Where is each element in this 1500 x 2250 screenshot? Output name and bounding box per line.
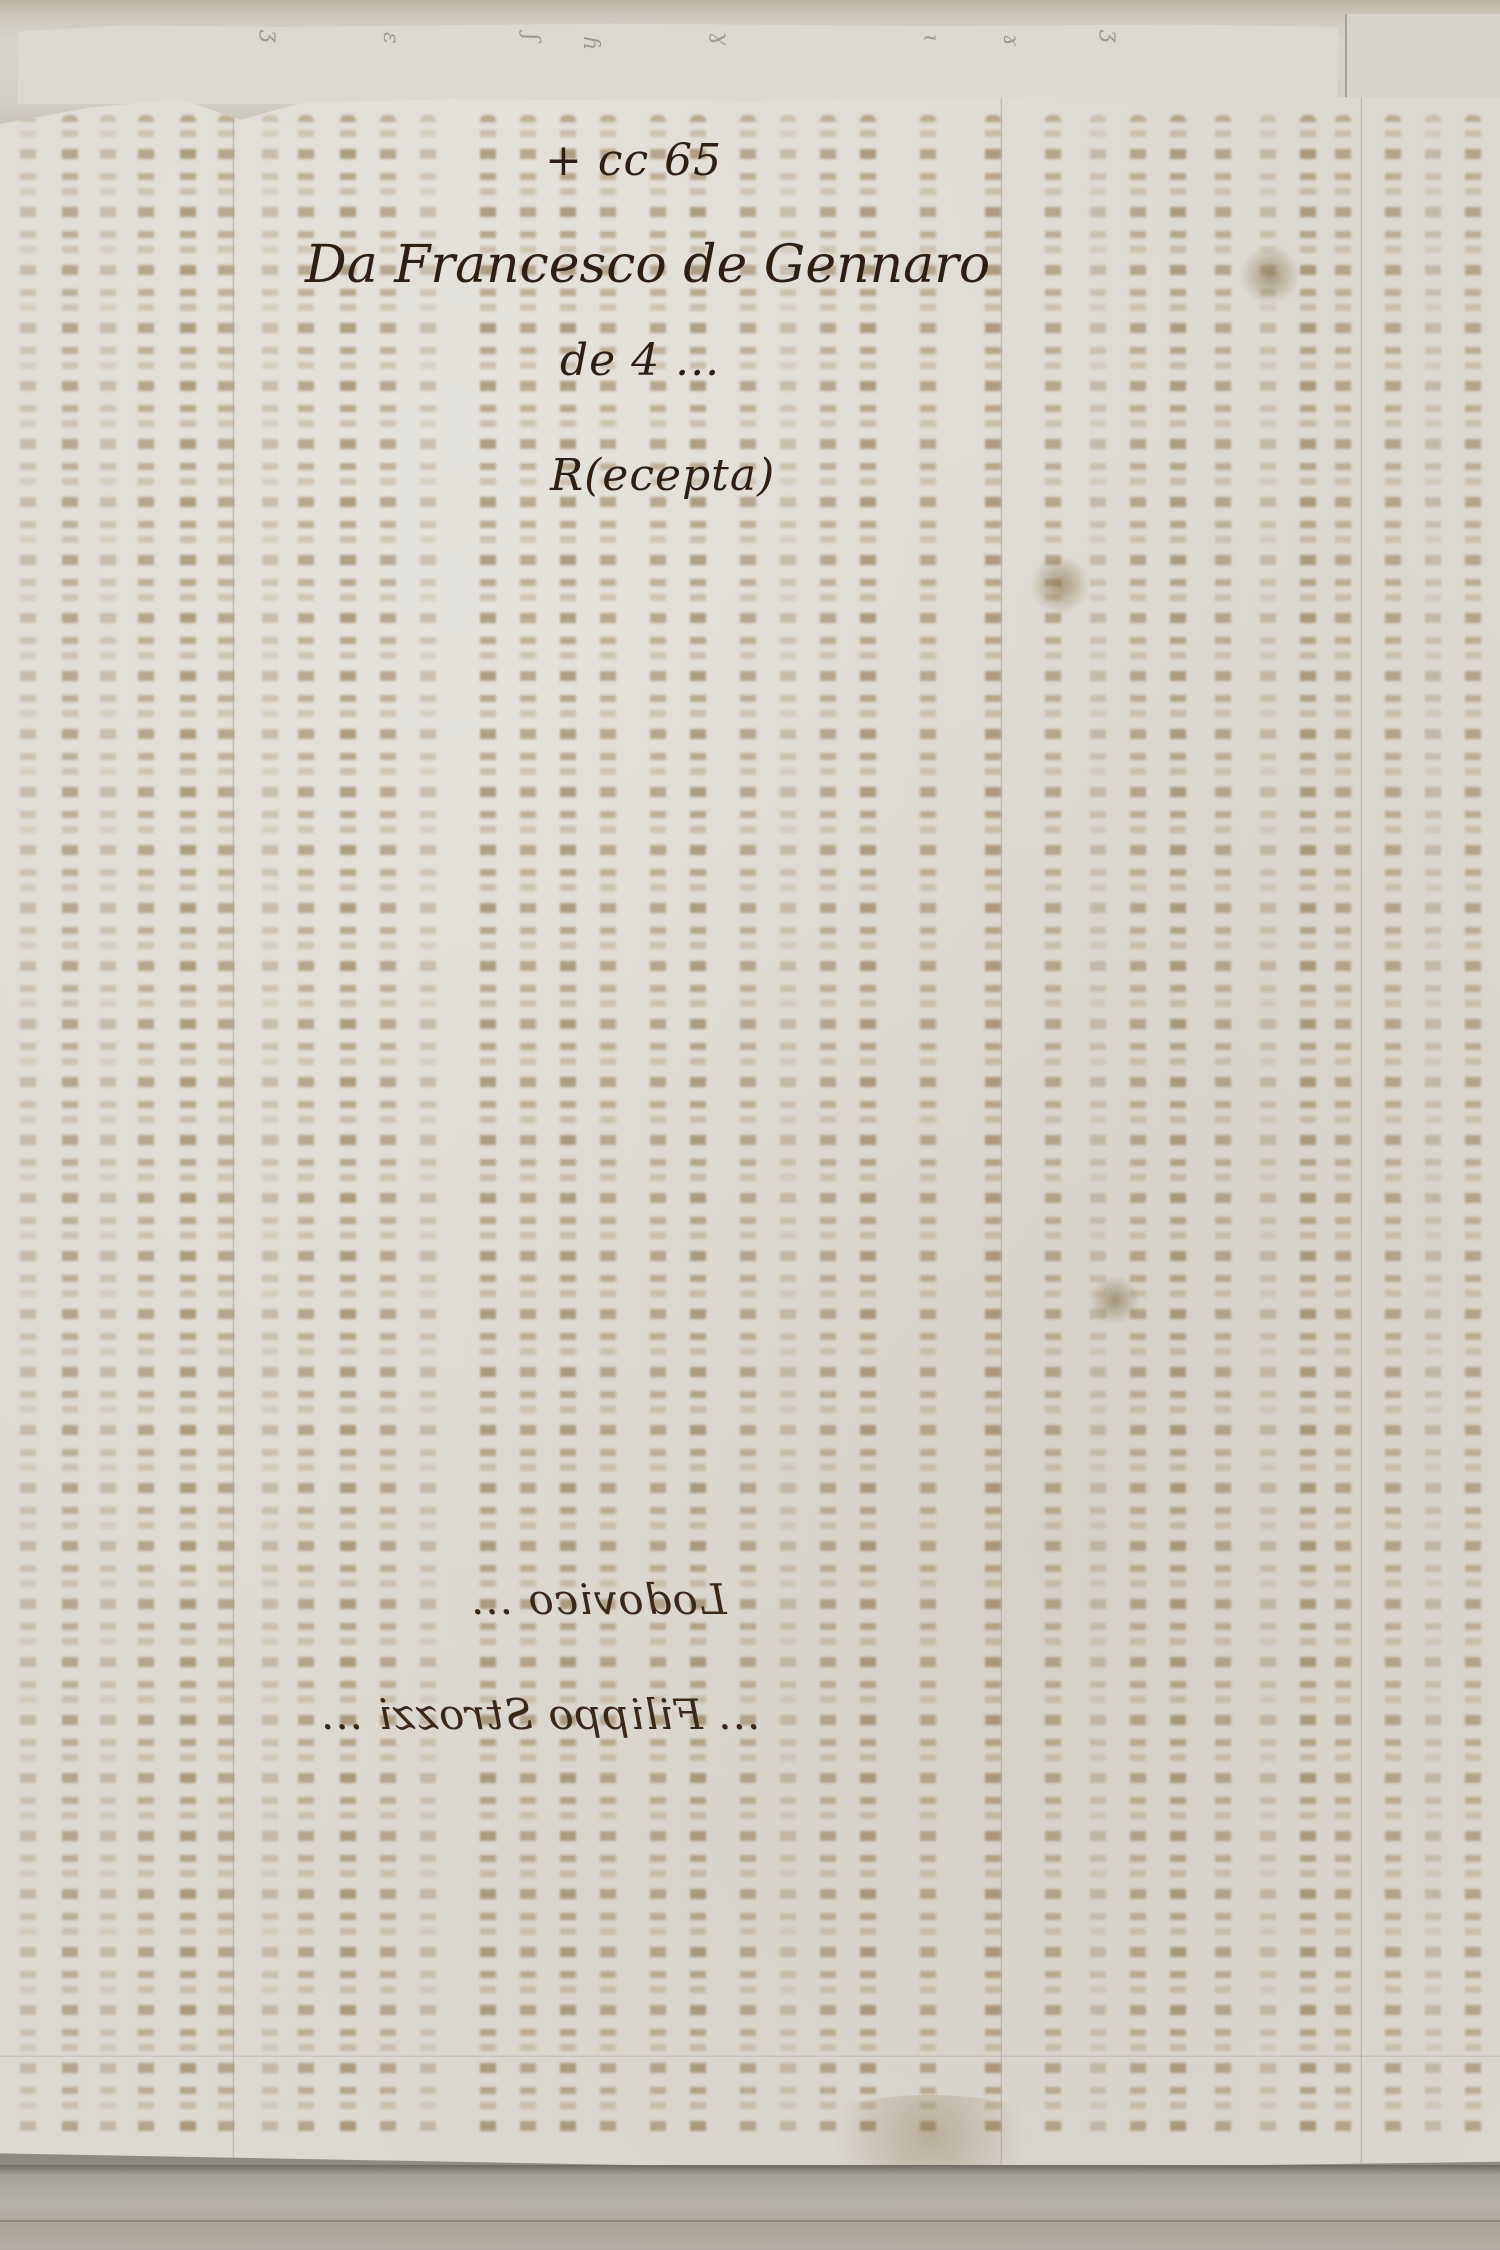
bleed-through-line-1: Lodovico ... xyxy=(470,1575,727,1624)
bleed-through-column xyxy=(298,115,314,2140)
underlying-sheet-right-fragment xyxy=(1345,14,1500,102)
address-line-1: Da Francesco de Gennaro xyxy=(305,235,990,295)
bleed-through-column xyxy=(1425,115,1441,2140)
bleed-through-column xyxy=(218,115,234,2140)
bleed-through-column xyxy=(1045,115,1061,2140)
ink-stain xyxy=(1030,555,1090,615)
bleed-through-column xyxy=(560,115,576,2140)
bleed-through-column xyxy=(920,115,936,2140)
bleed-through-column xyxy=(690,115,706,2140)
bleed-through-column xyxy=(380,115,396,2140)
bleed-through-column xyxy=(262,115,278,2140)
bleed-through-column xyxy=(1465,115,1481,2140)
address-line-2: de 4 ... xyxy=(560,335,720,386)
receipt-mark: R(ecepta) xyxy=(550,450,775,501)
bleed-through-column xyxy=(985,115,1001,2140)
bleed-through-column xyxy=(62,115,78,2140)
bleed-through-line-2: ... Filippo Strozzi ... xyxy=(320,1690,760,1739)
underlying-sheet-strip: ʒ ɛ ʃ ɦ ɣ ɩ ɤ ʒ xyxy=(18,22,1338,104)
bleed-through-column xyxy=(1300,115,1316,2140)
letter-sheet: + cc 65 Da Francesco de Gennaro de 4 ...… xyxy=(0,95,1500,2170)
bleed-through-column xyxy=(1170,115,1186,2140)
bottom-mount-board xyxy=(0,2165,1500,2250)
bleed-through-column xyxy=(340,115,356,2140)
bleed-through-column xyxy=(820,115,836,2140)
bleed-through-column xyxy=(740,115,756,2140)
bleed-through-column xyxy=(1090,115,1106,2140)
bleed-through-column xyxy=(520,115,536,2140)
bleed-through-column xyxy=(600,115,616,2140)
folio-annotation: + cc 65 xyxy=(545,135,722,186)
bleed-through-column xyxy=(1335,115,1351,2140)
bleed-through-column xyxy=(480,115,496,2140)
bleed-through-column xyxy=(180,115,196,2140)
bleed-through-column xyxy=(1215,115,1231,2140)
ink-stain xyxy=(1240,245,1300,305)
bleed-through-column xyxy=(1260,115,1276,2140)
bleed-through-column xyxy=(650,115,666,2140)
bleed-through-column xyxy=(100,115,116,2140)
water-stain xyxy=(800,2095,1060,2175)
bleed-through-column xyxy=(780,115,796,2140)
bleed-through-column xyxy=(860,115,876,2140)
bleed-through-column xyxy=(1385,115,1401,2140)
bleed-through-column xyxy=(138,115,154,2140)
bleed-through-column xyxy=(20,115,36,2140)
bleed-through-column xyxy=(420,115,436,2140)
mount-seam xyxy=(0,2220,1500,2222)
bleed-through-column xyxy=(1130,115,1146,2140)
fold-line-right xyxy=(1360,95,1363,2170)
ink-stain xyxy=(1090,1275,1140,1325)
